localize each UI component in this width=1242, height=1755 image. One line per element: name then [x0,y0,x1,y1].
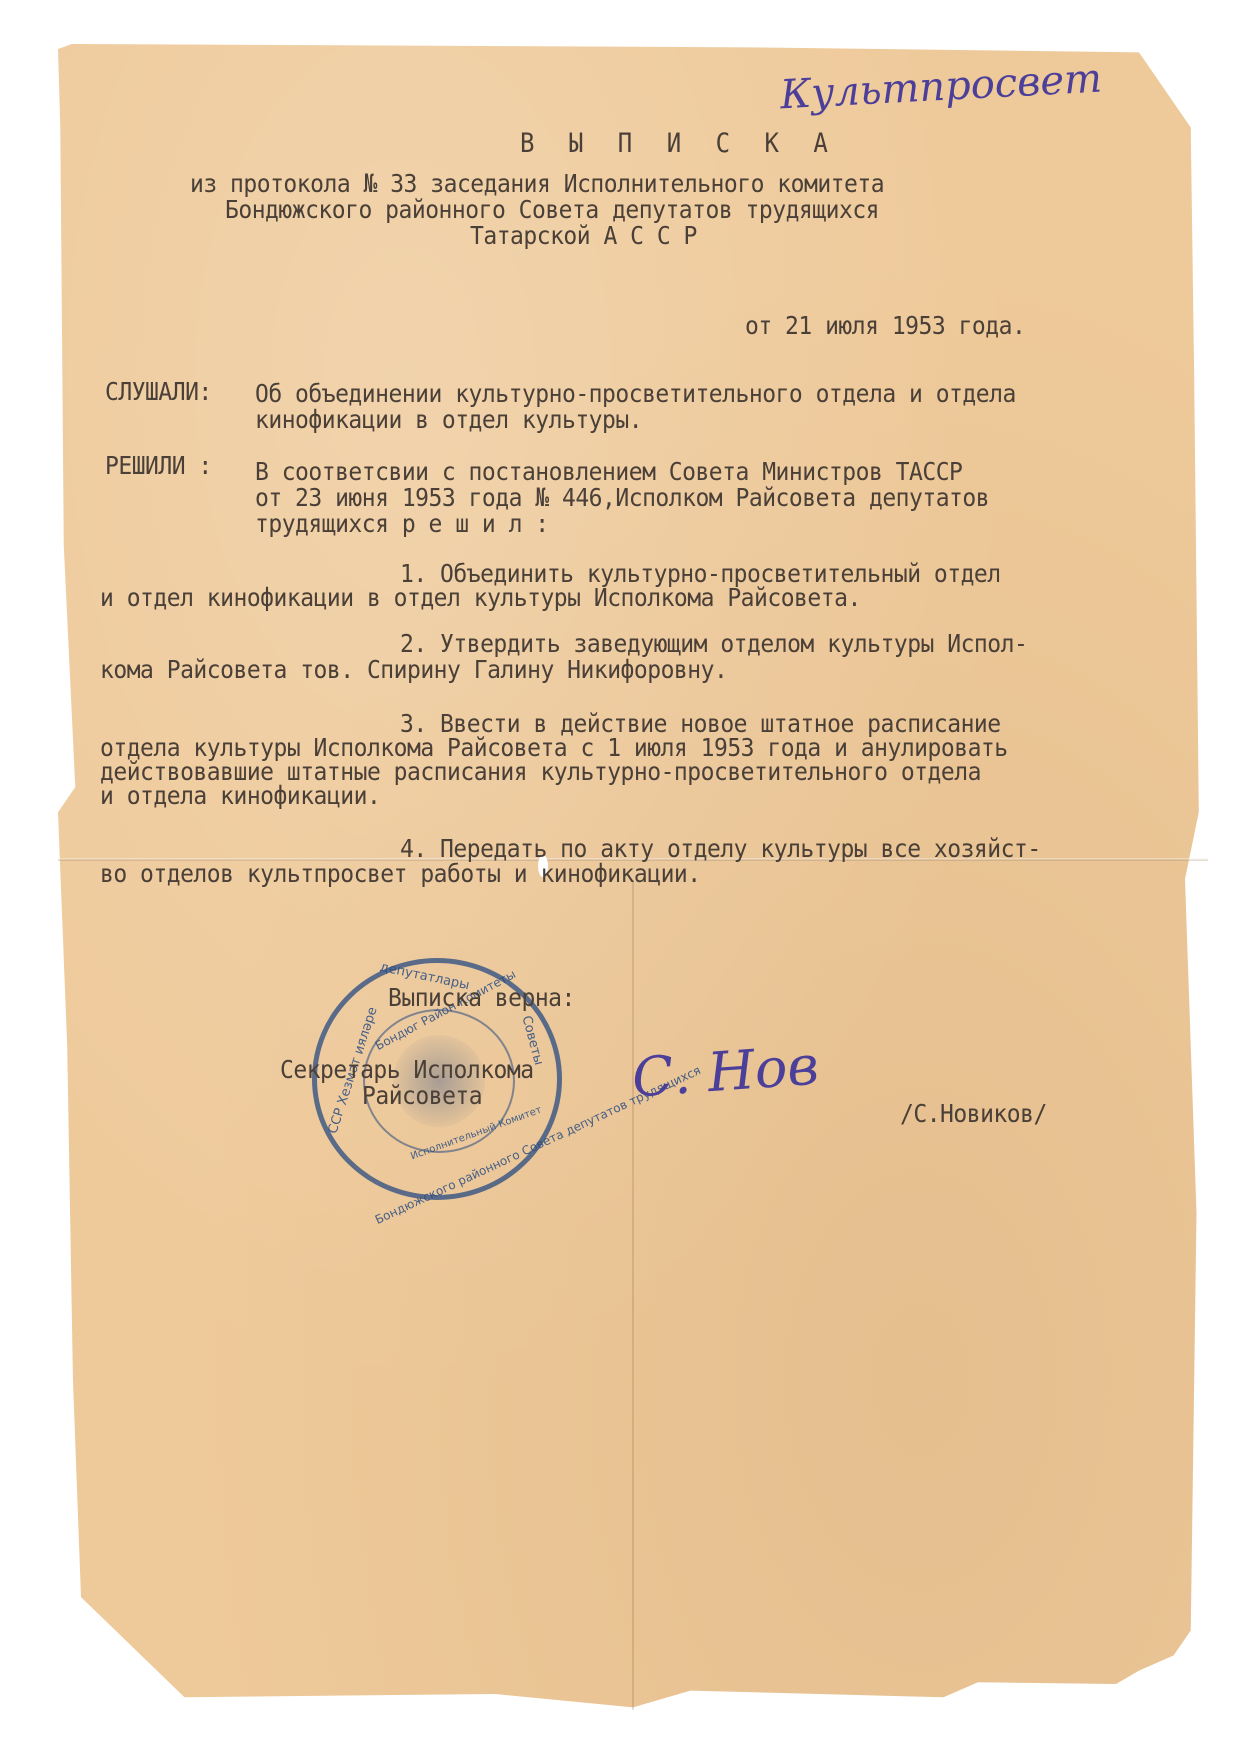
header-line-3: Татарской А С С Р [470,222,697,251]
item-4-line: во отделов культпросвет работы и кинофик… [100,860,701,889]
item-2-first: 2. Утвердить заведующим отделом культуры… [400,630,1027,659]
decided-line-1: В соответсвии с постановлением Совета Ми… [255,458,962,487]
heard-line-1: Об объединении культурно-просветительног… [255,380,1016,409]
item-3-line-3: и отдела кинофикации. [100,782,380,811]
heard-line-2: кинофикации в отдел культуры. [255,406,642,435]
document-date: от 21 июля 1953 года. [745,312,1025,341]
heard-label: СЛУШАЛИ: [105,378,212,407]
decided-line-3: трудящихся р е ш и л : [255,510,549,539]
decided-label: РЕШИЛИ : [105,452,212,481]
document-title: В Ы П И С К А [520,128,838,159]
signature: С. Нов [630,1034,821,1110]
item-1-line: и отдел кинофикации в отдел культуры Исп… [100,584,861,613]
vertical-fold [632,880,634,1710]
decided-line-2: от 23 июня 1953 года № 446,Исполком Райс… [255,484,989,513]
header-line-2: Бондюжского районного Совета депутатов т… [225,196,879,225]
signer-title-line-1: Секретарь Исполкома [280,1056,534,1085]
signer-title-line-2: Райсовета [362,1082,482,1111]
item-2-line: кома Райсовета тов. Спирину Галину Никиф… [100,656,727,685]
signer-name: /С.Новиков/ [900,1100,1047,1129]
certification-text: Выписка верна: [388,984,575,1013]
header-line-1: из протокола № 33 заседания Исполнительн… [190,170,884,199]
